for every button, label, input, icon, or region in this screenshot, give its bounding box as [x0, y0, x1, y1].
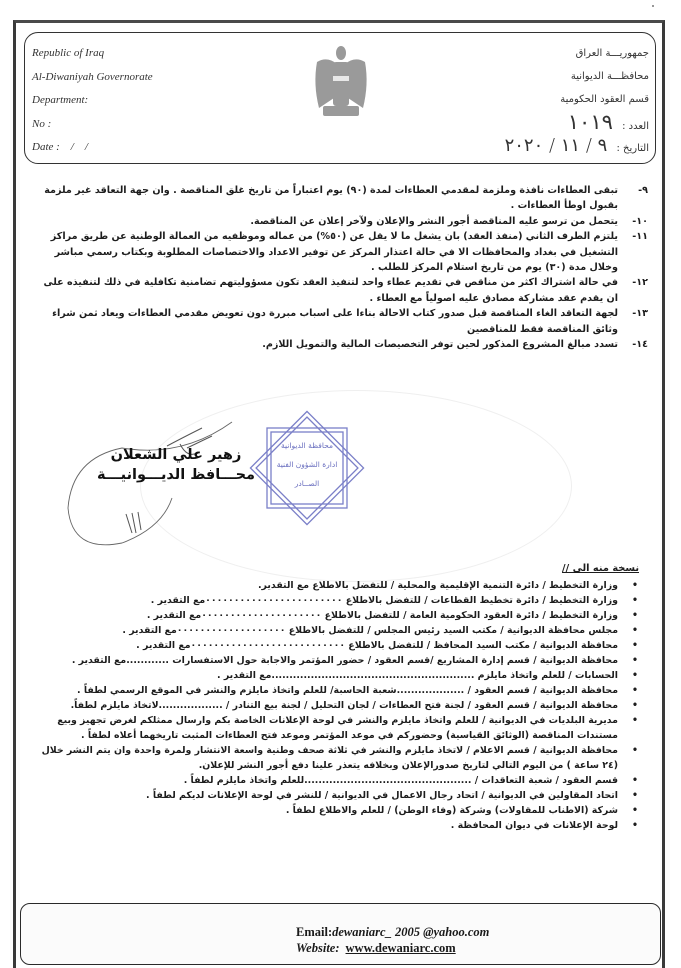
clause-text: تبقى العطاءات نافذة وملزمة لمقدمي العطاء…: [34, 183, 618, 214]
bullet-icon: •: [632, 623, 638, 638]
number-value: ١٠١٩: [568, 110, 613, 134]
clause-text: لجهة التعاقد الغاء المناقصة قبل صدور كتا…: [34, 306, 618, 337]
bullet-icon: •: [632, 803, 638, 818]
clause-12: ١٢- في حالة اشتراك اكثر من مناقص في تقدي…: [34, 275, 648, 306]
copy-recipient: •قسم العقود / شعبة التعاقدات / .........…: [34, 773, 650, 788]
tender-clauses: ٩- تبقى العطاءات نافذة وملزمة لمقدمي الع…: [34, 183, 648, 352]
iraq-eagle-emblem-icon: [311, 44, 371, 120]
scan-speck: [652, 5, 654, 7]
copy-recipient: •مديرية البلديات في الديوانية / للعلم وا…: [34, 713, 650, 743]
bullet-icon: •: [632, 653, 638, 668]
stamp-line-2: ادارة الشؤون الفنية: [262, 455, 352, 474]
clause-10: ١٠- يتحمل من ترسو عليه المناقصة أجور الن…: [34, 214, 648, 229]
copy-recipient: •محافظة الديوانية / قسم إدارة المشاريع /…: [34, 653, 650, 668]
governorate-en: Al-Diwaniyah Governorate: [32, 66, 232, 90]
copy-recipient: •محافظة الديوانية / قسم العقود / لجنة فت…: [34, 698, 650, 713]
copy-recipient: •الحسابات / للعلم واتخاذ مايلزم ........…: [34, 668, 650, 683]
copy-recipient: •مجلس محافظة الديوانية / مكتب السيد رئيس…: [34, 623, 650, 638]
clause-text: يتحمل من ترسو عليه المناقصة أجور النشر و…: [34, 214, 618, 229]
email-label: Email:: [296, 925, 332, 939]
bullet-icon: •: [632, 683, 638, 698]
bullet-icon: •: [632, 818, 638, 833]
copies-heading: نسخة منه الى //: [562, 563, 639, 574]
copy-recipient: •محافظة الديوانية / قسم الاعلام / لاتخاذ…: [34, 743, 650, 773]
copy-recipient: •محافظة الديوانية / قسم العقود / .......…: [34, 683, 650, 698]
signatory-block: زهير علي الشعلان محـــافظ الديـــوانيـــ…: [96, 445, 256, 485]
department-ar: قسم العقود الحكومية: [439, 88, 649, 111]
date-label-en: Date : / /: [32, 136, 232, 160]
governorate-ar: محافظـــة الديوانية: [439, 65, 649, 88]
date-value: ٩ / ١١ / ٢٠٢٠: [505, 135, 608, 156]
website-label: Website:: [296, 941, 340, 955]
bullet-icon: •: [632, 638, 638, 653]
stamp-line-1: محافظة الديوانية: [262, 436, 352, 455]
number-label-ar: العدد :: [622, 121, 649, 132]
copies-list: •وزارة التخطيط / دائرة التنمية الإقليمية…: [34, 578, 650, 833]
bullet-icon: •: [632, 698, 638, 713]
bullet-icon: •: [632, 668, 638, 683]
number-label-en: No :: [32, 113, 232, 137]
republic-en: Republic of Iraq: [32, 42, 232, 66]
clause-text: في حالة اشتراك اكثر من مناقص في تقديم عط…: [34, 275, 618, 306]
copy-recipient: •محافظة الديوانية / مكتب السيد المحافظ /…: [34, 638, 650, 653]
clause-number: ١١-: [618, 229, 648, 275]
email-value[interactable]: dewaniarc_ 2005 @yahoo.com: [332, 925, 489, 939]
copy-recipient: •وزارة التخطيط / دائرة العقود الحكومية ا…: [34, 608, 650, 623]
letterhead-arabic: جمهوريـــة العراق محافظـــة الديوانية قس…: [439, 42, 649, 157]
letterhead-english: Republic of Iraq Al-Diwaniyah Governorat…: [32, 42, 232, 160]
clause-text: تسدد مبالغ المشروع المذكور لحين توفر الت…: [34, 337, 618, 352]
bullet-icon: •: [632, 743, 638, 758]
copy-recipient: •شركة (الاطناب للمقاولات) وشركة (وفاء ال…: [34, 803, 650, 818]
stamp-text: محافظة الديوانية ادارة الشؤون الفنية الص…: [262, 436, 352, 493]
copy-recipient: •وزارة التخطيط / دائرة تخطيط القطاعات / …: [34, 593, 650, 608]
website-link[interactable]: www.dewaniarc.com: [346, 941, 456, 955]
clause-11: ١١- يلتزم الطرف الثاني (منفذ العقد) بان …: [34, 229, 648, 275]
footer-website: Website:www.dewaniarc.com: [296, 941, 456, 956]
footer-email: Email:dewaniarc_ 2005 @yahoo.com: [296, 925, 489, 940]
number-row: العدد : ١٠١٩: [439, 111, 649, 134]
department-label-en: Department:: [32, 89, 232, 113]
clause-13: ١٣- لجهة التعاقد الغاء المناقصة قبل صدور…: [34, 306, 648, 337]
republic-ar: جمهوريـــة العراق: [439, 42, 649, 65]
bullet-icon: •: [632, 788, 638, 803]
copy-recipient: •اتحاد المقاولين في الديوانية / اتحاد رج…: [34, 788, 650, 803]
date-label-ar: التاريخ :: [616, 143, 649, 154]
clause-number: ١٣-: [618, 306, 648, 337]
clause-number: ١٢-: [618, 275, 648, 306]
date-row: التاريخ : ٩ / ١١ / ٢٠٢٠: [439, 134, 649, 157]
clause-number: ١٠-: [618, 214, 648, 229]
clause-text: يلتزم الطرف الثاني (منفذ العقد) بان يشغل…: [34, 229, 618, 275]
clause-number: ١٤-: [618, 337, 648, 352]
bullet-icon: •: [632, 713, 638, 728]
bullet-icon: •: [632, 593, 638, 608]
signatory-title: محـــافظ الديـــوانيـــة: [96, 465, 256, 485]
copy-recipient: •لوحة الإعلانات في ديوان المحافظة .: [34, 818, 650, 833]
stamp-line-3: الصــادر: [262, 474, 352, 493]
copy-recipient: •وزارة التخطيط / دائرة التنمية الإقليمية…: [34, 578, 650, 593]
clause-14: ١٤- تسدد مبالغ المشروع المذكور لحين توفر…: [34, 337, 648, 352]
clause-9: ٩- تبقى العطاءات نافذة وملزمة لمقدمي الع…: [34, 183, 648, 214]
signatory-name: زهير علي الشعلان: [96, 445, 256, 465]
bullet-icon: •: [632, 608, 638, 623]
clause-number: ٩-: [618, 183, 648, 214]
bullet-icon: •: [632, 578, 638, 593]
bullet-icon: •: [632, 773, 638, 788]
